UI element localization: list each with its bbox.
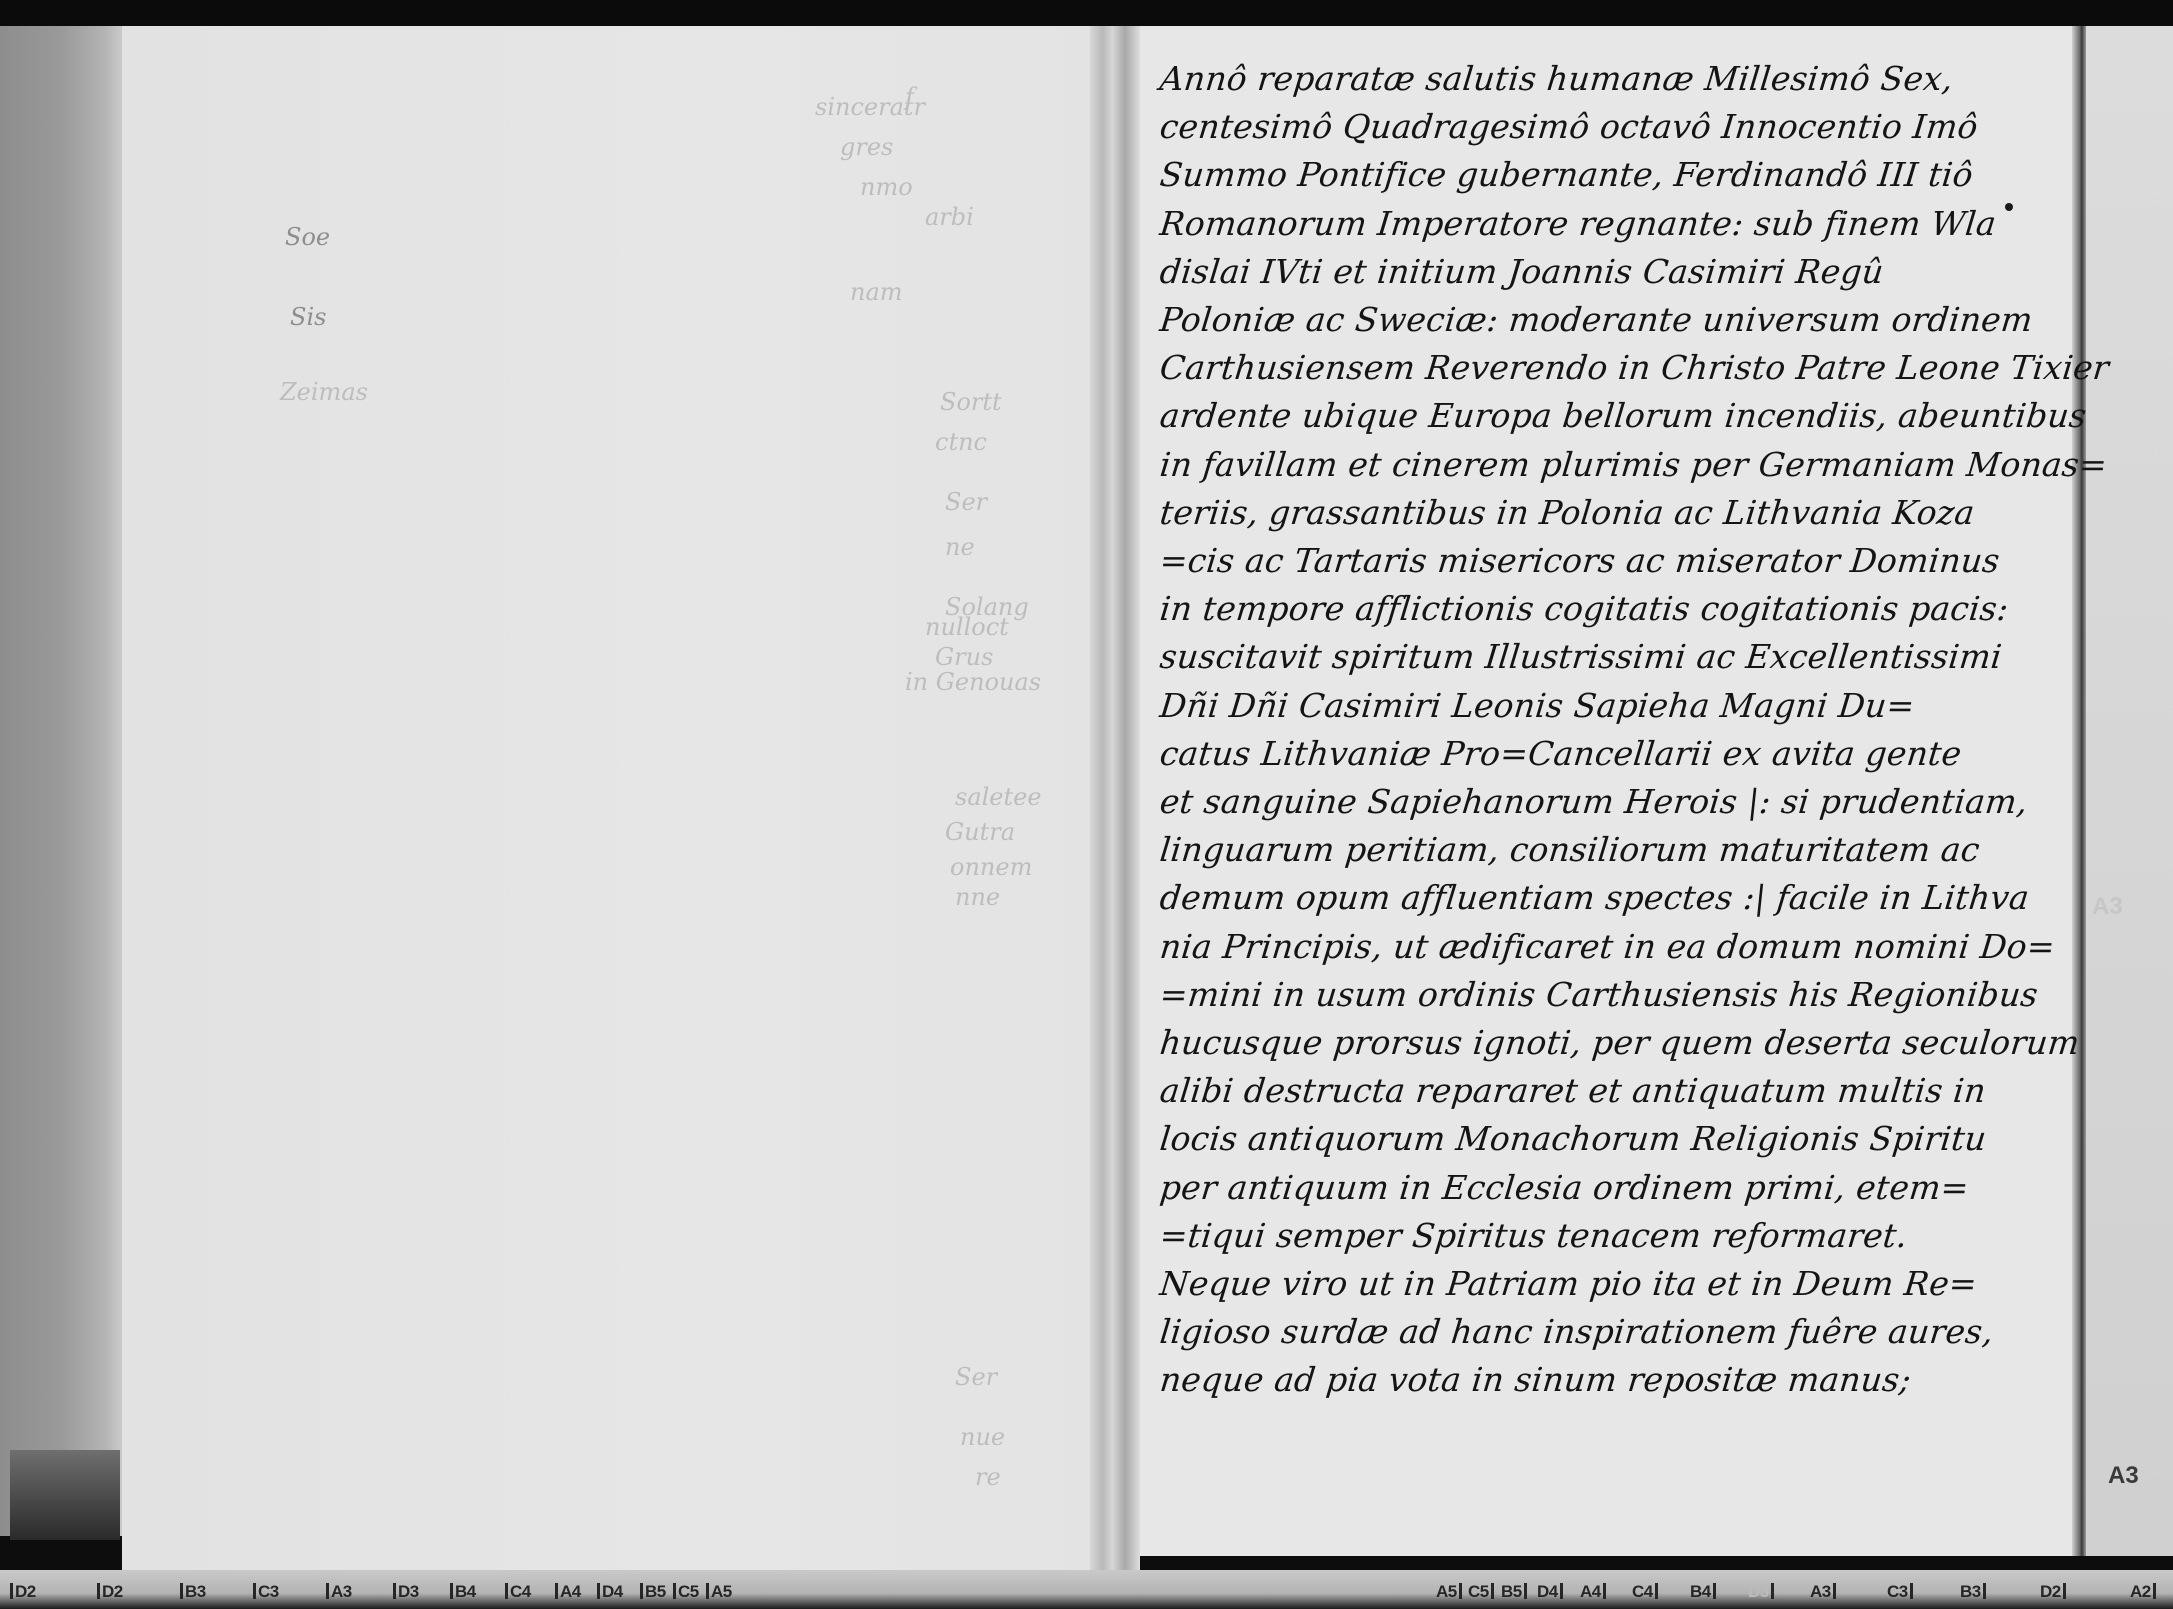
manuscript-line: in tempore afflictionis cogitatis cogita… <box>1157 585 2042 633</box>
manuscript-line: Poloniæ ac Sweciæ: moderante universum o… <box>1157 296 2042 344</box>
manuscript-line: locis antiquorum Monachorum Religionis S… <box>1157 1115 2042 1163</box>
manuscript-line: suscitavit spiritum Illustrissimi ac Exc… <box>1157 633 2042 681</box>
left-board-shadow <box>10 1450 120 1540</box>
manuscript-line: Neque viro ut in Patriam pio ita et in D… <box>1157 1260 2042 1308</box>
manuscript-line: ligioso surdæ ad hanc inspirationem fuêr… <box>1157 1308 2042 1356</box>
right-page-edge <box>2072 26 2086 1556</box>
manuscript-line: linguarum peritiam, consiliorum maturita… <box>1157 826 2042 874</box>
manuscript-line: demum opum affluentiam spectes :| facile… <box>1157 874 2042 922</box>
target-label-faint: A3 <box>2092 893 2123 921</box>
manuscript-line: Annô reparatæ salutis humanæ Millesimô S… <box>1157 55 2042 103</box>
manuscript-line: Carthusiensem Reverendo in Christo Patre… <box>1157 344 2042 392</box>
target-label-bold: A3 <box>2108 1462 2139 1490</box>
left-cover-board <box>0 26 125 1536</box>
film-top-edge <box>0 0 2173 26</box>
manuscript-line: per antiquum in Ecclesia ordinem primi, … <box>1157 1164 2042 1212</box>
manuscript-line: et sanguine Sapiehanorum Herois |: si pr… <box>1157 778 2042 826</box>
book-gutter <box>1090 26 1140 1571</box>
manuscript-line: Dñi Dñi Casimiri Leonis Sapieha Magni Du… <box>1157 682 2042 730</box>
manuscript-line: =cis ac Tartaris misericors ac miserator… <box>1157 537 2042 585</box>
manuscript-line: centesimô Quadragesimô octavô Innocentio… <box>1157 103 2042 151</box>
manuscript-line: teriis, grassantibus in Polonia ac Lithv… <box>1157 489 2042 537</box>
manuscript-line: Summo Pontifice gubernante, Ferdinandô I… <box>1157 151 2042 199</box>
manuscript-line: catus Lithvaniæ Pro=Cancellarii ex avita… <box>1157 730 2042 778</box>
manuscript-line: hucusque prorsus ignoti, per quem desert… <box>1157 1019 2042 1067</box>
manuscript-line: neque ad pia vota in sinum repositæ manu… <box>1157 1356 2042 1404</box>
manuscript-line: in favillam et cinerem plurimis per Germ… <box>1157 441 2042 489</box>
microfilm-scan: f sinceratr gres nmo arbi Soe nam Sis Ze… <box>0 0 2173 1609</box>
manuscript-line: ardente ubique Europa bellorum incendiis… <box>1157 392 2042 440</box>
manuscript-line: Romanorum Imperatore regnante: sub finem… <box>1157 200 2042 248</box>
manuscript-line: dislai IVti et initium Joannis Casimiri … <box>1157 248 2042 296</box>
manuscript-line: alibi destructa repararet et antiquatum … <box>1157 1067 2042 1115</box>
right-cover-board <box>2086 26 2173 1556</box>
manuscript-line: nia Principis, ut ædificaret in ea domum… <box>1157 923 2042 971</box>
manuscript-text: Annô reparatæ salutis humanæ Millesimô S… <box>1160 55 2040 1405</box>
manuscript-line: =mini in usum ordinis Carthusiensis his … <box>1157 971 2042 1019</box>
manuscript-line: =tiqui semper Spiritus tenacem reformare… <box>1157 1212 2042 1260</box>
